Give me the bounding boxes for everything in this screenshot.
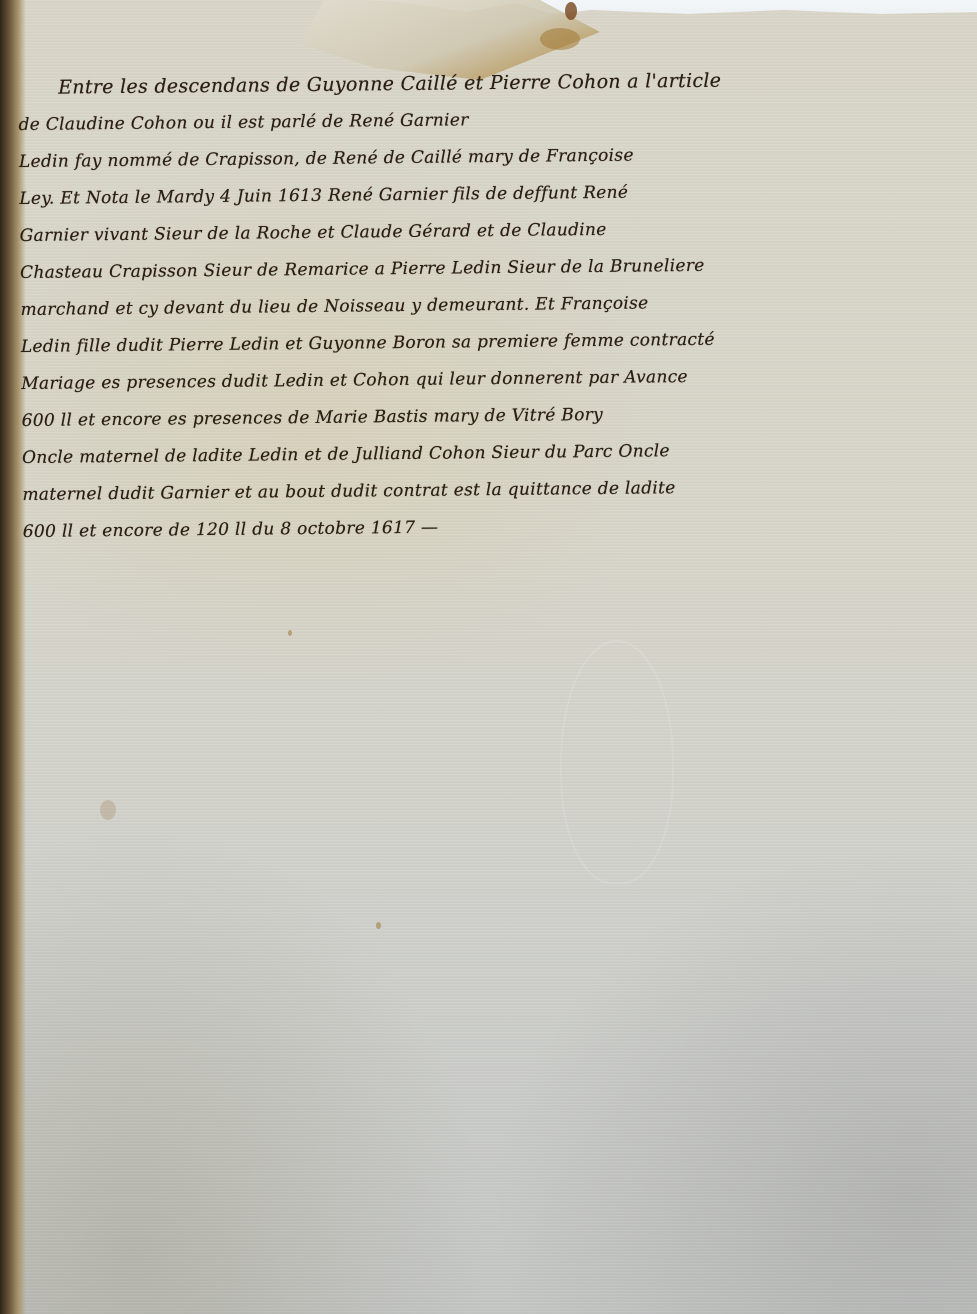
ink-stain [565,2,577,20]
foxing-spot [100,800,116,820]
ink-stain [540,28,580,50]
handwritten-text-block: Entre les descendans de Guyonne Caillé e… [18,60,953,551]
foxing-spot [376,922,381,929]
paper-watermark [560,640,674,884]
manuscript-photo: Entre les descendans de Guyonne Caillé e… [0,0,977,1314]
foxing-spot [288,630,292,636]
